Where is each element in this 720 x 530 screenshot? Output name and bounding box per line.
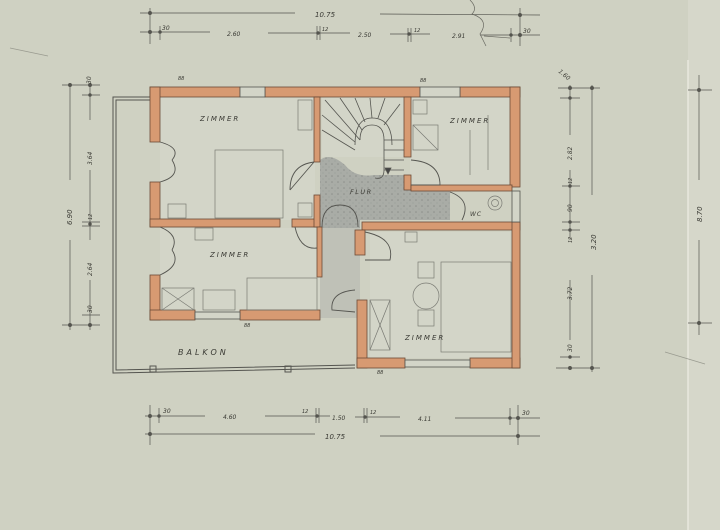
dim-bottom-seg-7: 30 [522, 410, 530, 417]
dim-bottom-seg-2: 4.60 [223, 414, 237, 421]
dim-top-seg-2: 2.60 [227, 31, 241, 38]
room-label-flur: FLUR [350, 188, 373, 196]
room-label-zimmer-nw: ZIMMER [199, 115, 240, 123]
room-label-zimmer-w: ZIMMER [209, 251, 250, 259]
room-label-zimmer-se: ZIMMER [404, 334, 445, 342]
room-label-zimmer-ne: ZIMMER [449, 117, 490, 125]
dim-left-seg-5: 30 [87, 305, 94, 313]
paper-right-strip [688, 0, 720, 530]
dim-left-seg-1: 30 [86, 76, 93, 84]
dim-right-seg-4: 90 [567, 204, 574, 212]
dim-top-seg-1: 30 [162, 25, 170, 32]
wall-mark-2: 88 [420, 78, 426, 84]
dim-top-seg-4: 2.50 [358, 32, 372, 39]
dim-left-seg-4: 2.64 [87, 262, 94, 276]
dim-bottom-seg-1: 30 [163, 408, 171, 415]
dim-left-seg-2: 3.64 [87, 151, 94, 165]
room-label-wc: WC [470, 211, 482, 218]
dim-top-seg-3: 12 [322, 27, 328, 33]
dim-left-seg-3: 12 [88, 214, 94, 220]
dim-bottom-seg-6: 4.11 [418, 416, 431, 423]
dim-right-overall: 3.20 [590, 234, 598, 250]
dim-far-right-overall: 8.70 [696, 206, 704, 222]
dim-right-seg-3: 12 [568, 178, 574, 184]
dim-right-seg-7: 30 [567, 344, 574, 352]
wall-mark-4: 88 [377, 370, 383, 376]
dim-right-seg-5: 12 [568, 237, 574, 243]
dim-right-seg-6: 3.72 [567, 286, 574, 300]
dim-top-seg-7: 30 [523, 28, 531, 35]
dim-top-seg-6: 2.91 [452, 33, 465, 40]
dim-bottom-overall: 10.75 [325, 433, 346, 441]
wall-mark-1: 88 [178, 76, 184, 82]
dim-bottom-seg-4: 1.50 [332, 415, 346, 422]
dim-left-overall: 6.90 [66, 209, 74, 225]
wall-mark-3: 88 [244, 323, 250, 329]
room-label-balkon: BALKON [178, 348, 229, 357]
dim-right-seg-2: 2.82 [567, 146, 574, 160]
floor-plan-sheet: BALKON [0, 0, 720, 530]
dim-top-overall: 10.75 [315, 11, 336, 19]
dim-top-seg-5: 12 [414, 28, 420, 34]
dim-bottom-seg-3: 12 [302, 409, 308, 415]
dim-bottom-seg-5: 12 [370, 410, 376, 416]
corridor-floor [320, 228, 360, 318]
